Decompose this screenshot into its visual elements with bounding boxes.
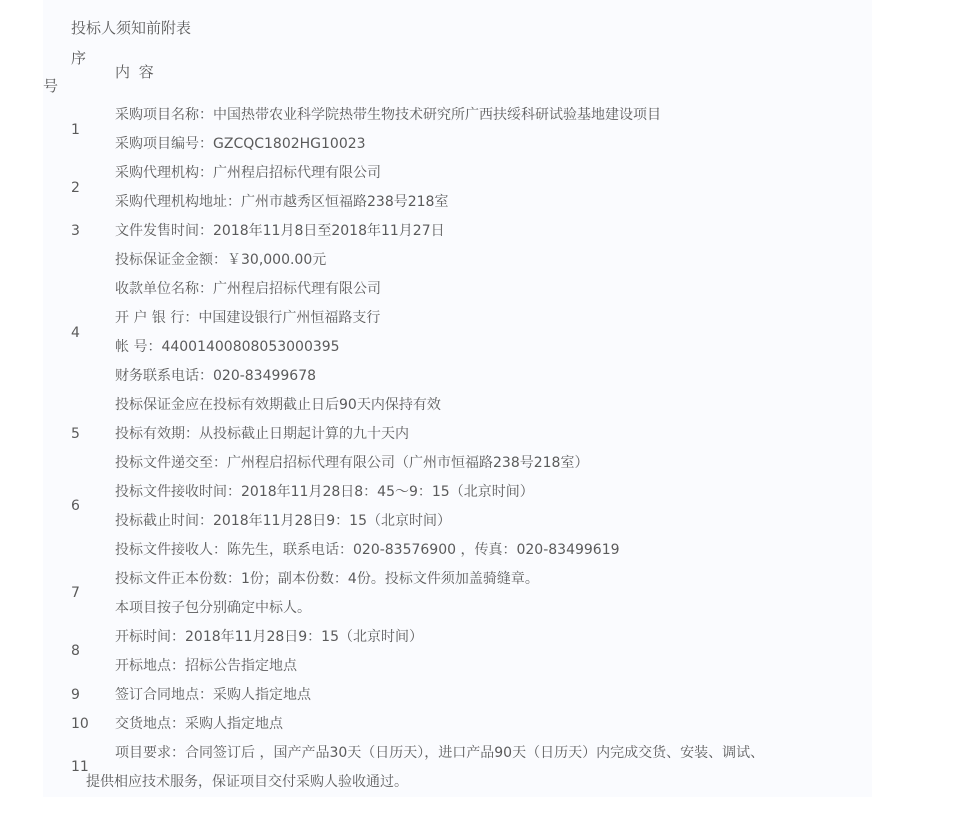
row-number: 6 (71, 497, 80, 515)
row-line: 交货地点：采购人指定地点 (115, 715, 283, 733)
row-number: 2 (71, 179, 80, 197)
header-content: 内 容 (115, 63, 156, 81)
document-title: 投标人须知前附表 (71, 19, 191, 37)
row-line: 收款单位名称：广州程启招标代理有限公司 (115, 280, 381, 298)
row-number: 4 (71, 324, 80, 342)
row-number: 3 (71, 222, 80, 240)
row-line: 采购代理机构地址：广州市越秀区恒福路238号218室 (115, 193, 448, 211)
row-number: 10 (71, 715, 89, 733)
row-line: 采购项目编号：GZCQC1802HG10023 (115, 135, 366, 153)
row-line: 投标文件正本份数：1份；副本份数：4份。投标文件须加盖骑缝章。 (115, 570, 539, 588)
row-number: 5 (71, 425, 80, 443)
row-line: 帐 号：44001400808053000395 (115, 338, 340, 356)
row-line: 开 户 银 行：中国建设银行广州恒福路支行 (115, 309, 380, 327)
row-line: 投标文件接收人：陈先生，联系电话：020-83576900 ，传真：020-83… (115, 541, 620, 559)
row-line: 投标文件递交至：广州程启招标代理有限公司（广州市恒福路238号218室） (115, 454, 588, 472)
row-number: 8 (71, 642, 80, 660)
row-line: 文件发售时间：2018年11月8日至2018年11月27日 (115, 222, 445, 240)
row-line: 投标截止时间：2018年11月28日9：15（北京时间） (115, 512, 451, 530)
row-line: 项目要求：合同签订后 ，国产产品30天（日历天），进口产品90天（日历天）内完成… (115, 744, 764, 762)
row-line: 投标保证金应在投标有效期截止日后90天内保持有效 (115, 396, 441, 414)
row-line: 财务联系电话：020-83499678 (115, 367, 316, 385)
row-line: 采购代理机构：广州程启招标代理有限公司 (115, 164, 381, 182)
row-line: 投标有效期：从投标截止日期起计算的九十天内 (115, 425, 409, 443)
row-number: 9 (71, 686, 80, 704)
header-seq-bottom: 号 (43, 77, 58, 95)
row-line: 投标文件接收时间：2018年11月28日8：45～9：15（北京时间） (115, 483, 534, 501)
header-seq-top: 序 (71, 49, 86, 67)
row-line: 开标时间：2018年11月28日9：15（北京时间） (115, 628, 423, 646)
row-line: 提供相应技术服务，保证项目交付采购人验收通过。 (86, 773, 408, 791)
row-line: 签订合同地点：采购人指定地点 (115, 686, 311, 704)
row-line: 投标保证金金额：￥30,000.00元 (115, 251, 326, 269)
row-line: 本项目按子包分别确定中标人。 (115, 599, 311, 617)
row-number: 7 (71, 584, 80, 602)
row-number: 1 (71, 121, 80, 139)
row-line: 开标地点：招标公告指定地点 (115, 657, 297, 675)
row-line: 采购项目名称：中国热带农业科学院热带生物技术研究所广西扶绥科研试验基地建设项目 (115, 106, 661, 124)
